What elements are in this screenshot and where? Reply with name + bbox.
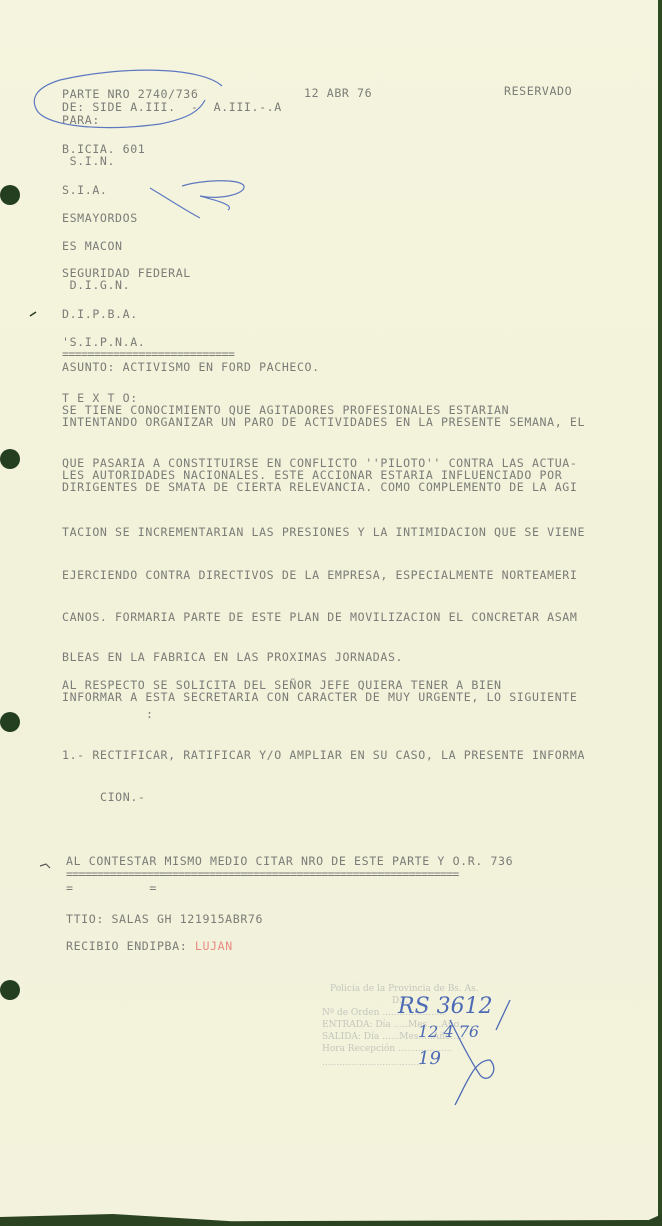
punch-hole [0,712,20,732]
body-line: CION.- [100,791,145,803]
recipient: ESMAYORDOS [62,212,138,224]
recipient: S.I.A. [62,184,107,196]
body-line: : [146,708,154,720]
separator: ========================================… [66,868,459,880]
recipient-sub: D.I.G.N. [62,279,130,291]
handwritten-date: 12 4 76 [418,1022,479,1041]
separator: =========================== [62,348,234,360]
stamp-line: Policía de la Provincia de Bs. As. [330,984,479,994]
body-line: INFORMAR A ESTA SECRETARIA CON CARACTER … [62,691,577,703]
received-label: RECIBIO ENDIPBA: [66,939,195,953]
punch-hole [0,980,20,1000]
subject-line: ASUNTO: ACTIVISMO EN FORD PACHECO. [62,361,320,373]
recipient-sub: S.I.N. [62,155,115,167]
recipient: ES MACON [62,240,123,252]
separator-marks: = = [66,882,157,894]
stamp-line: ................................... [322,1058,422,1068]
reply-instructions: AL CONTESTAR MISMO MEDIO CITAR NRO DE ES… [66,855,513,867]
handwritten-hour: 19 [418,1048,441,1069]
body-line: BLEAS EN LA FABRICA EN LAS PROXIMAS JORN… [62,651,403,663]
scan-background-edge [658,0,662,1226]
punch-hole [0,449,20,469]
recipient: D.I.P.B.A. [62,308,138,320]
body-line: CANOS. FORMARIA PARTE DE ESTE PLAN DE MO… [62,611,577,623]
document-date: 12 ABR 76 [304,87,372,99]
classification-label: RESERVADO [504,85,572,97]
body-line: DIRIGENTES DE SMATA DE CIERTA RELEVANCIA… [62,481,577,493]
handwritten-registry-number: RS 3612 [398,994,493,1019]
parte-number: PARTE NRO 2740/736 [62,88,198,100]
transmission-line: TTIO: SALAS GH 121915ABR76 [66,913,263,925]
body-line: TACION SE INCREMENTARIAN LAS PRESIONES Y… [62,526,585,538]
from-line: DE: SIDE A.III. - A.III.-.A [62,101,282,113]
body-line: INTENTANDO ORGANIZAR UN PARO DE ACTIVIDA… [62,416,585,428]
received-line: RECIBIO ENDIPBA: LUJAN [66,940,233,952]
body-line: 1.- RECTIFICAR, RATIFICAR Y/O AMPLIAR EN… [62,749,585,761]
punch-hole [0,185,20,205]
body-line: EJERCIENDO CONTRA DIRECTIVOS DE LA EMPRE… [62,569,577,581]
received-by-name: LUJAN [195,939,233,953]
to-label: PARA: [62,114,100,126]
